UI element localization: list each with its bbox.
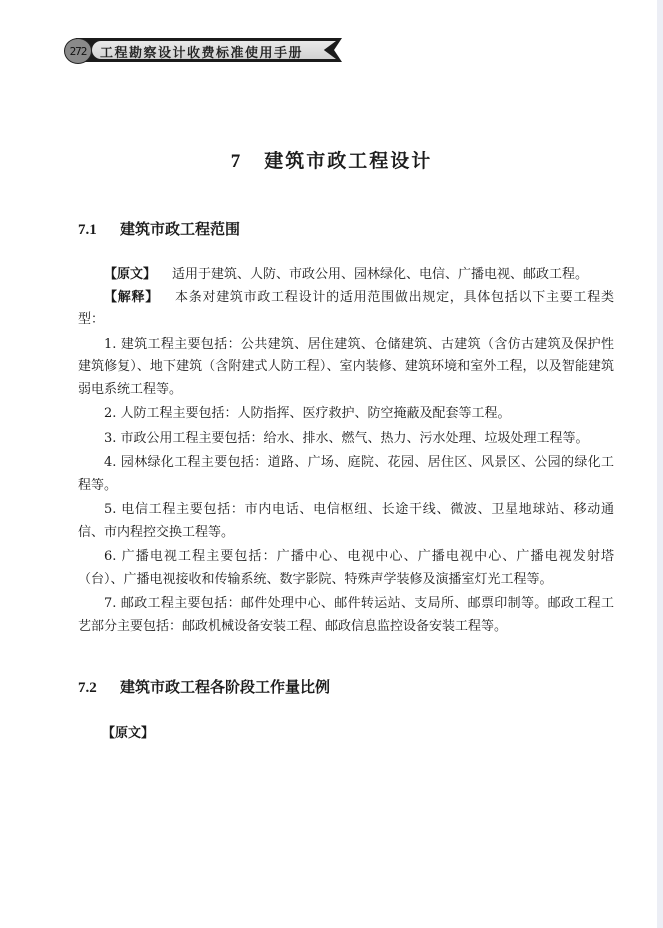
running-header: 272 工程勘察设计收费标准使用手册 <box>64 38 342 62</box>
section-number: 7.2 <box>78 680 120 697</box>
page-number: 272 <box>64 38 92 64</box>
page-edge <box>657 0 663 928</box>
book-title: 工程勘察设计收费标准使用手册 <box>100 42 303 61</box>
section-number: 7.1 <box>78 222 120 239</box>
list-item: 7. 邮政工程主要包括：邮件处理中心、邮件转运站、支局所、邮票印制等。邮政工程工… <box>78 593 614 638</box>
original-label: 【原文】 <box>104 267 156 282</box>
explanation-label: 【解释】 <box>104 290 159 305</box>
section-title: 建筑市政工程范围 <box>120 220 240 238</box>
list-item: 3. 市政公用工程主要包括：给水、排水、燃气、热力、污水处理、垃圾处理工程等。 <box>78 428 614 451</box>
chapter-number: 7 <box>231 151 243 172</box>
list-item: 1. 建筑工程主要包括：公共建筑、居住建筑、仓储建筑、古建筑（含仿古建筑及保护性… <box>78 334 614 402</box>
section-heading-7-2: 7.2建筑市政工程各阶段工作量比例 <box>78 676 330 697</box>
list-item: 5. 电信工程主要包括：市内电话、电信枢纽、长途干线、微波、卫星地球站、移动通信… <box>78 499 614 544</box>
original-text: 适用于建筑、人防、市政公用、园林绿化、电信、广播电视、邮政工程。 <box>172 267 588 282</box>
section-heading-7-1: 7.1建筑市政工程范围 <box>78 218 240 239</box>
list-item: 4. 园林绿化工程主要包括：道路、广场、庭院、花园、居住区、风景区、公园的绿化工… <box>78 452 614 497</box>
chapter-title: 建筑市政工程设计 <box>264 150 432 172</box>
original-paragraph: 【原文】适用于建筑、人防、市政公用、园林绿化、电信、广播电视、邮政工程。 <box>78 264 614 287</box>
chapter-heading: 7建筑市政工程设计 <box>0 146 663 173</box>
section-title: 建筑市政工程各阶段工作量比例 <box>120 678 330 696</box>
section-body-7-1: 【原文】适用于建筑、人防、市政公用、园林绿化、电信、广播电视、邮政工程。 【解释… <box>78 264 614 638</box>
original-label: 【原文】 <box>102 722 154 741</box>
explanation-paragraph: 【解释】本条对建筑市政工程设计的适用范围做出规定，具体包括以下主要工程类型： <box>78 287 614 332</box>
list-item: 2. 人防工程主要包括：人防指挥、医疗救护、防空掩蔽及配套等工程。 <box>78 403 614 426</box>
list-item: 6. 广播电视工程主要包括：广播中心、电视中心、广播电视中心、广播电视发射塔（台… <box>78 546 614 591</box>
